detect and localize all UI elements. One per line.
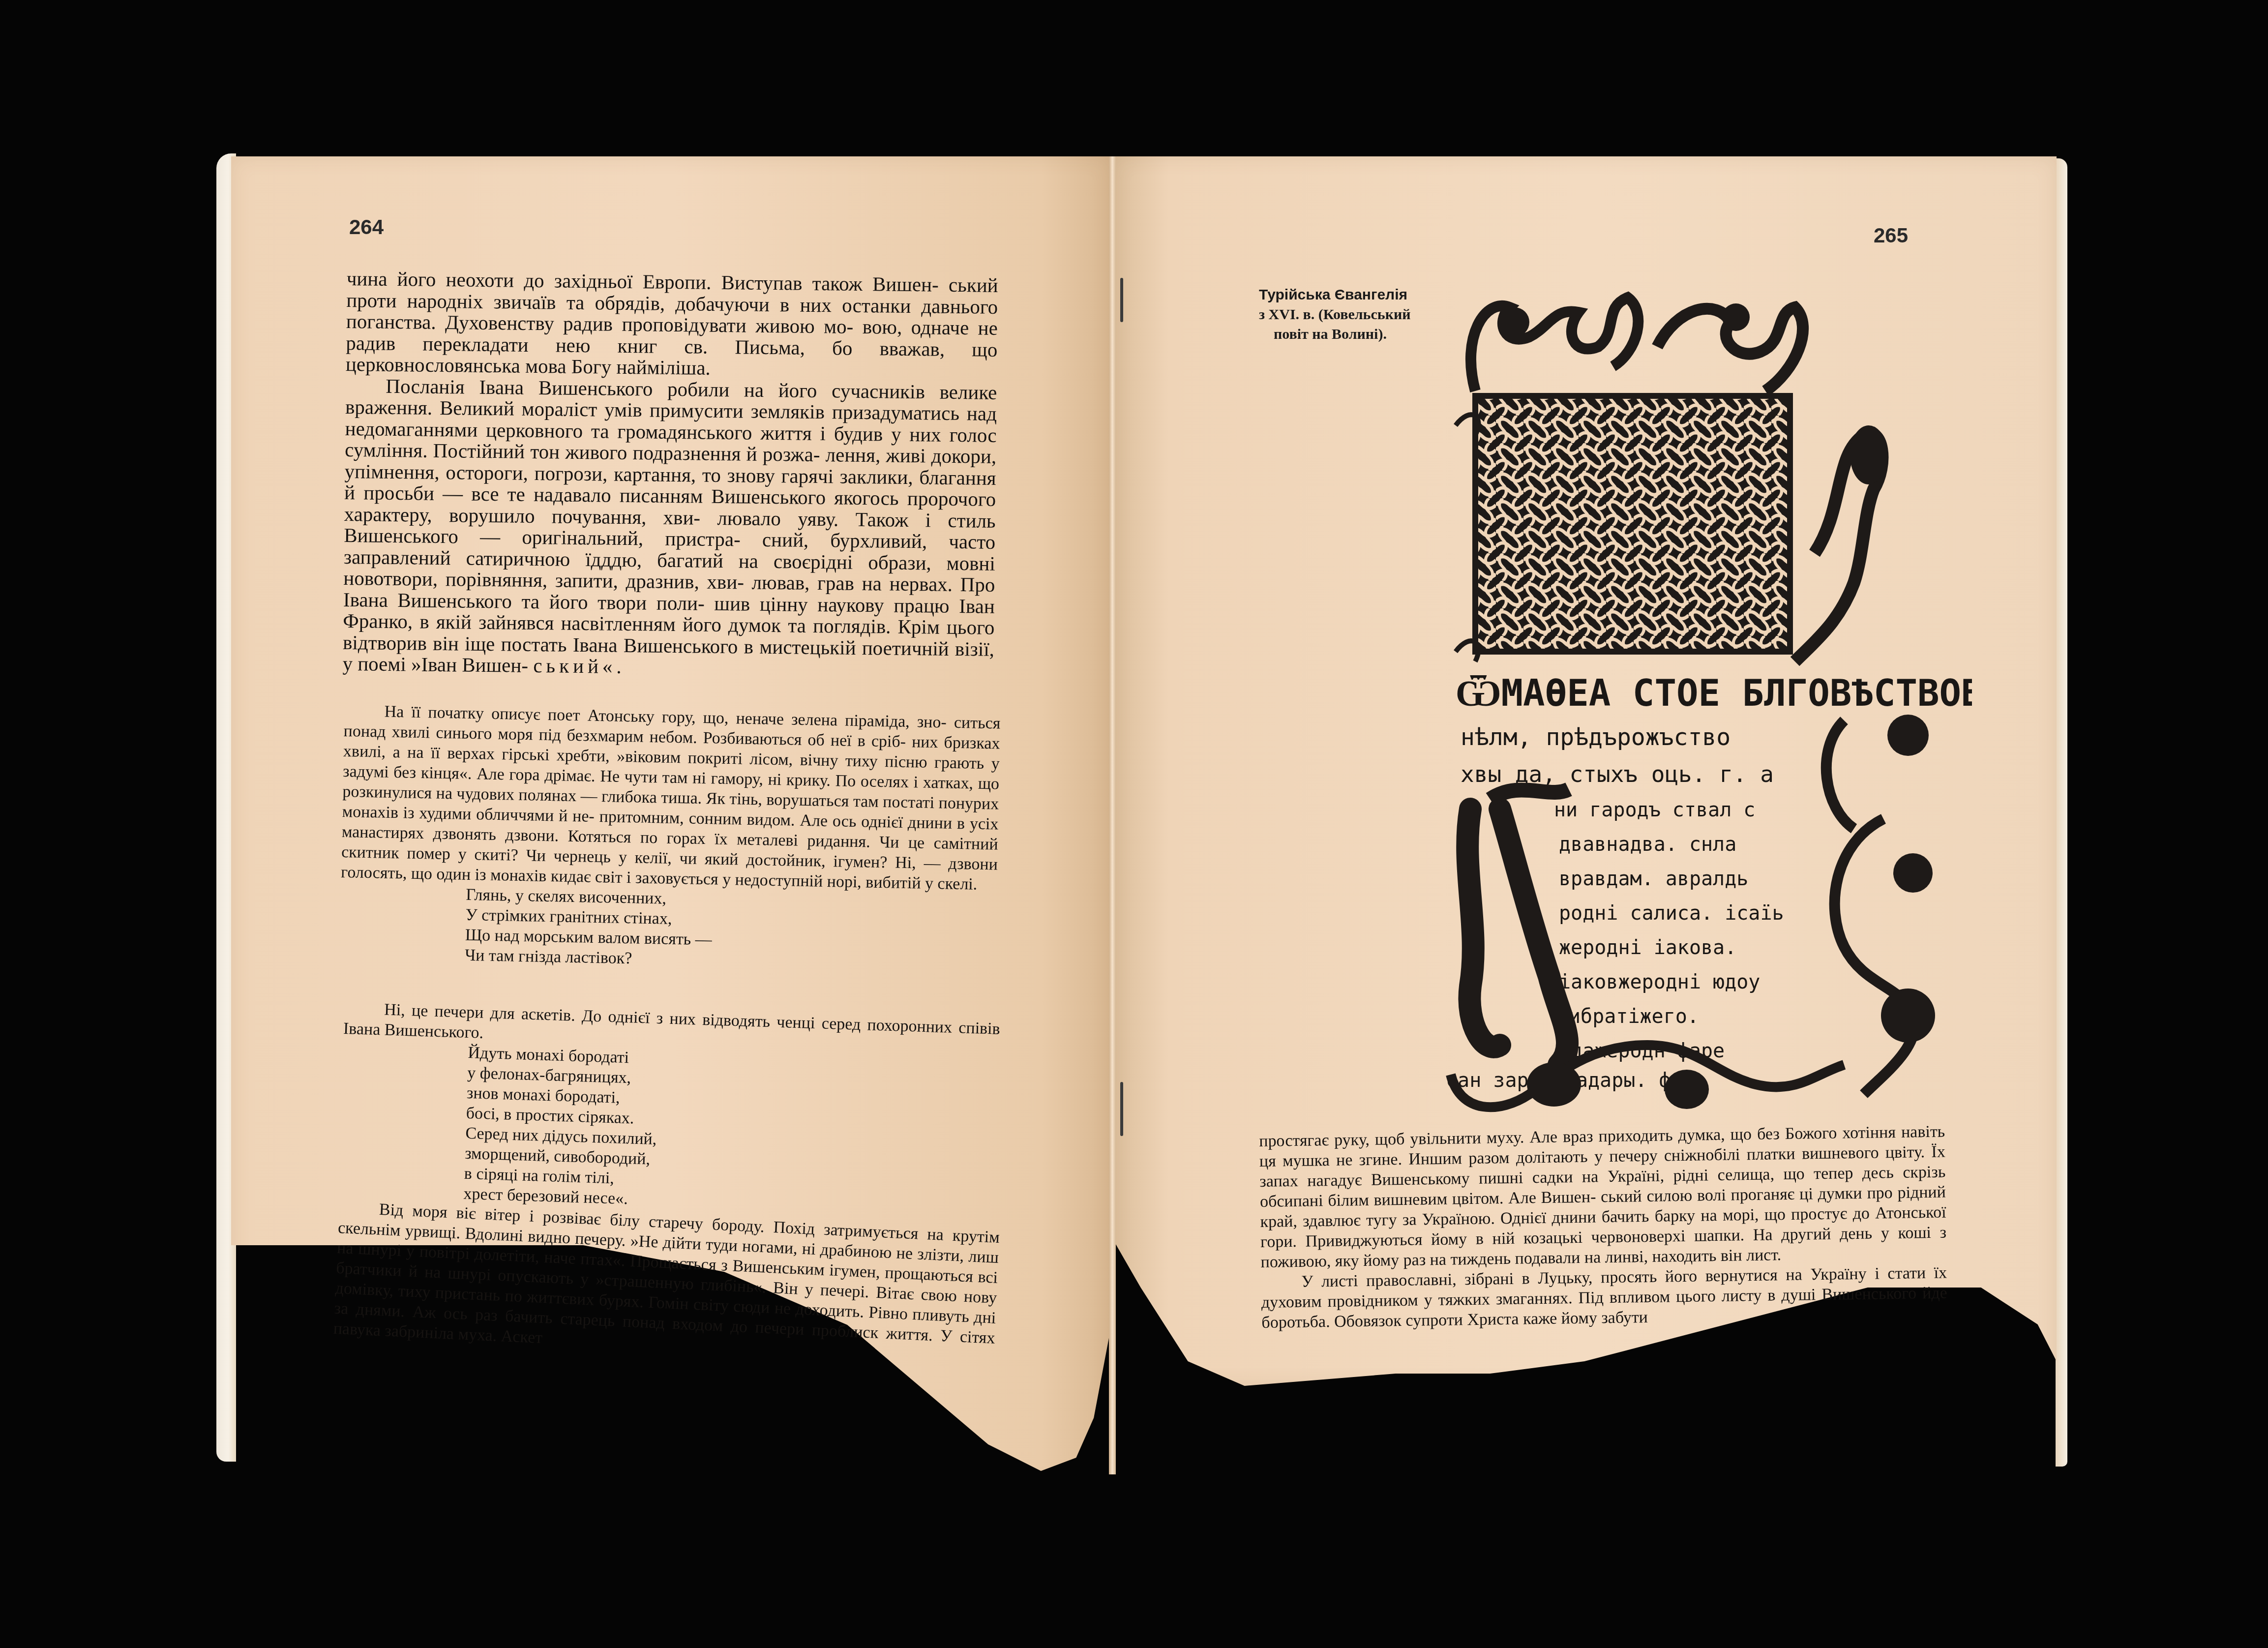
paragraph: На її початку описує поет Атонську гору,… xyxy=(341,701,1001,895)
left-body-text: чина його неохоти до західньої Европи. В… xyxy=(342,268,998,681)
paragraph: чина його неохоти до західньої Европи. В… xyxy=(346,268,998,382)
svg-text:родні салиса. ісаїь: родні салиса. ісаїь xyxy=(1559,902,1784,925)
right-body-text: простягає руку, щоб увільнити муху. Але … xyxy=(1259,1122,1948,1333)
poem-excerpt: Глянь, у скелях височенних, У стрімких г… xyxy=(339,882,997,976)
paragraph: Від моря віє вітер і розвіває білу старе… xyxy=(333,1198,1000,1369)
paragraph: простягає руку, щоб увільнити муху. Але … xyxy=(1259,1122,1947,1272)
paragraph: Посланія Івана Вишенського робили на йог… xyxy=(342,375,997,681)
svg-text:ибратіжего.: ибратіжего. xyxy=(1569,1005,1699,1028)
svg-text:іаковжеродні юдоу: іаковжеродні юдоу xyxy=(1559,971,1760,993)
page-stack-right-edge xyxy=(2056,158,2067,1467)
poem-excerpt: Йдуть монахі бородаті у фелонах-багряниц… xyxy=(338,1039,999,1221)
left-summary-text-2: Ні, це печери для аскетів. До однієї з н… xyxy=(338,998,1000,1221)
staple-bottom xyxy=(1120,1082,1123,1136)
svg-text:ѾМАѲЕА СТОЕ БЛГОВѢСТВОВАНІЕ: ѾМАѲЕА СТОЕ БЛГОВѢСТВОВАНІЕ xyxy=(1456,672,1972,715)
svg-text:нѣлм, прѣдърожъство: нѣлм, прѣдърожъство xyxy=(1461,723,1731,751)
illustration-caption: Турійська Євангелія з XVI. в. (Ковельськ… xyxy=(1259,285,1421,344)
page-number-right: 265 xyxy=(1874,224,1908,247)
manuscript-illustration: ѾМАѲЕА СТОЕ БЛГОВѢСТВОВАНІЕ нѣлм, прѣдър… xyxy=(1441,278,1972,1114)
left-summary-text-3: Від моря віє вітер і розвіває білу старе… xyxy=(333,1198,1000,1369)
open-book: 264 265 чина його неохоти до західньої Е… xyxy=(0,0,2268,1648)
svg-text:ни гародъ ствал с: ни гародъ ствал с xyxy=(1554,799,1755,821)
staple-top xyxy=(1120,278,1123,322)
page-number-left: 264 xyxy=(349,215,384,239)
svg-text:хвы да, стыхъ оць. г. а: хвы да, стыхъ оць. г. а xyxy=(1461,761,1774,787)
illuminated-ornament-icon: ѾМАѲЕА СТОЕ БЛГОВѢСТВОВАНІЕ нѣлм, прѣдър… xyxy=(1441,278,1972,1114)
left-summary-text: На її початку описує поет Атонську гору,… xyxy=(339,701,1001,976)
book-gutter xyxy=(1109,156,1116,1474)
svg-text:вравдам. авралдь: вравдам. авралдь xyxy=(1559,868,1748,890)
svg-text:жеродні іакова.: жеродні іакова. xyxy=(1559,936,1736,959)
svg-text:двавнадва. снла: двавнадва. снла xyxy=(1559,833,1736,856)
paragraph: У листі православні, зібрані в Луцьку, п… xyxy=(1261,1262,1948,1332)
